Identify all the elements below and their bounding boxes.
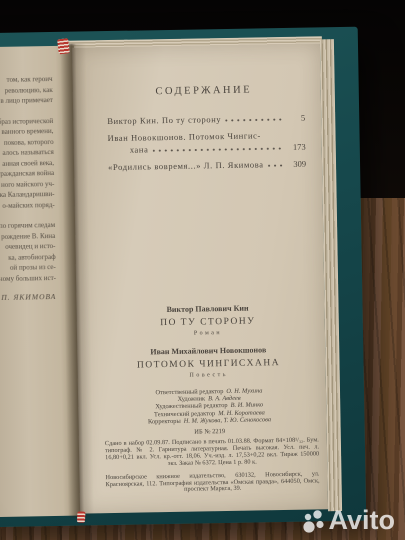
toc-page-number: 5 [287, 113, 305, 123]
avito-watermark: Avito [302, 507, 396, 534]
toc-line: Виктор Кин. По ту сторону 5 [107, 112, 305, 126]
credit-name: В. И. Минко [231, 402, 264, 410]
toc-leader-dots [225, 112, 283, 122]
toc-line: «Родились вовремя...» Л. П. Якимова 309 [108, 158, 306, 172]
toc-leader-dots [152, 141, 283, 152]
ib-number: ИБ № 2219 [105, 426, 315, 437]
imprint-paragraph: Сдано в набор 02.09.87. Подписано в печа… [105, 437, 319, 468]
toc-entry-text: Виктор Кин. По ту сторону [107, 114, 221, 126]
toc-title: СОДЕРЖАНИЕ [99, 84, 309, 99]
title-page-info: Виктор Павлович Кин ПО ТУ СТОРОНУ Роман … [102, 303, 313, 382]
avito-wordmark: Avito [329, 507, 396, 534]
toc-entry-text: хана [130, 144, 149, 154]
toc-leader-dots [267, 158, 284, 167]
book-title-block: Виктор Павлович Кин ПО ТУ СТОРОНУ Роман [102, 303, 313, 340]
toc-line: хана 173 [108, 141, 306, 155]
toc-entry-text: «Родились вовремя...» Л. П. Якимова [108, 159, 264, 172]
headband-top [57, 38, 70, 54]
listing-photo: том, как героичреволюцию, какв лицо прим… [0, 0, 405, 540]
open-book: том, как героичреволюцию, какв лицо прим… [0, 27, 366, 528]
credit-name: О. Н. Мухина [226, 387, 262, 395]
right-page-content: СОДЕРЖАНИЕ Виктор Кин. По ту сторону 5 И… [72, 43, 328, 496]
publisher-paragraph: Новосибирское книжное издательство, 6301… [105, 471, 319, 495]
toc-page-number: 173 [288, 142, 306, 152]
headband-bottom [77, 511, 86, 522]
credit-name: Н. М. Жукова, Т. Ю. Сенокосова [184, 416, 271, 425]
left-page-text: том, как героичреволюцию, какв лицо прим… [0, 74, 56, 305]
right-page: СОДЕРЖАНИЕ Виктор Кин. По ту сторону 5 И… [72, 43, 328, 513]
credits-list: Ответственный редакторО. Н. Мухина Худож… [104, 386, 315, 426]
book-title-block: Иван Михайлович Новокшонов ПОТОМОК ЧИНГИ… [103, 344, 314, 381]
left-page-text-fragment: ному больших ист- [0, 272, 56, 285]
reviewer-signature: Л. П. ЯКИМОВА [0, 292, 56, 305]
toc-list: Виктор Кин. По ту сторону 5 Иван Новокшо… [99, 112, 310, 173]
credit-role: Корректоры [148, 418, 181, 426]
avito-logo-icon [302, 510, 326, 534]
toc-page-number: 309 [288, 159, 306, 169]
